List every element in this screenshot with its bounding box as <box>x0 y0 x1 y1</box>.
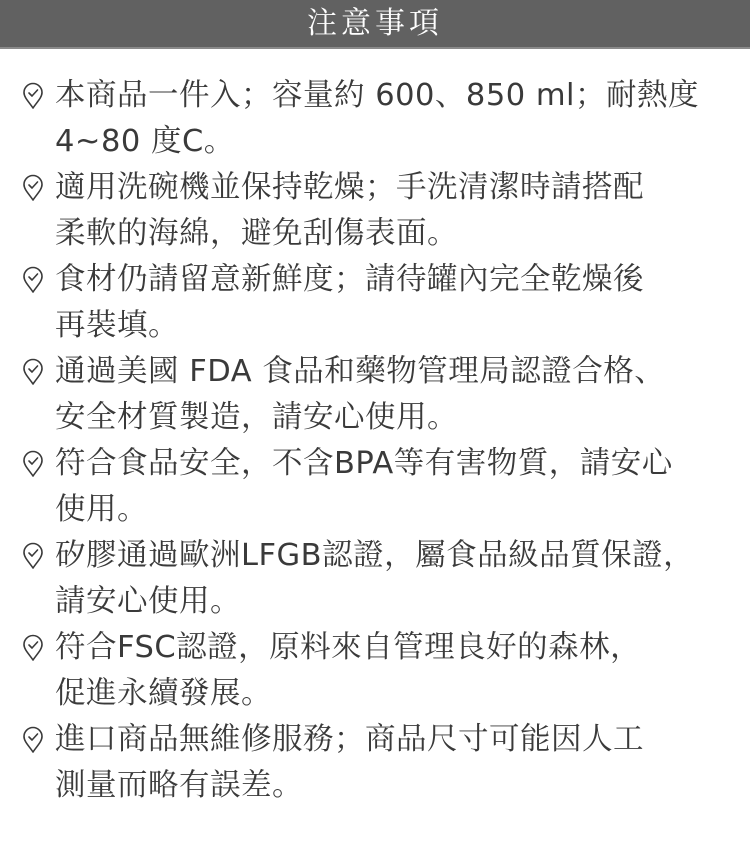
note-text-line: 食材仍請留意新鮮度；請待罐內完全乾燥後 <box>55 257 732 303</box>
note-item-6: 矽膠通過歐洲LFGB認證，屬食品級品質保證， 請安心使用。 <box>0 533 750 625</box>
note-text-line: 符合食品安全，不含BPA等有害物質，請安心 <box>55 441 732 487</box>
map-pin-check-icon <box>22 266 44 294</box>
note-text-line: 4~80 度C。 <box>55 119 732 165</box>
note-text-line: 測量而略有誤差。 <box>55 763 732 809</box>
map-pin-check-icon <box>22 450 44 478</box>
note-text-line: 進口商品無維修服務；商品尺寸可能因人工 <box>55 717 732 763</box>
note-item-1: 本商品一件入；容量約 600、850 ml；耐熱度 4~80 度C。 <box>0 73 750 165</box>
note-text-line: 再裝填。 <box>55 303 732 349</box>
note-text-line: 適用洗碗機並保持乾燥；手洗清潔時請搭配 <box>55 165 732 211</box>
note-item-8: 進口商品無維修服務；商品尺寸可能因人工 測量而略有誤差。 <box>0 717 750 809</box>
note-text-line: 本商品一件入；容量約 600、850 ml；耐熱度 <box>55 73 732 119</box>
map-pin-check-icon <box>22 634 44 662</box>
note-item-3: 食材仍請留意新鮮度；請待罐內完全乾燥後 再裝填。 <box>0 257 750 349</box>
note-text-line: 通過美國 FDA 食品和藥物管理局認證合格、 <box>55 349 732 395</box>
notes-list: 本商品一件入；容量約 600、850 ml；耐熱度 4~80 度C。 適用洗碗機… <box>0 73 750 809</box>
map-pin-check-icon <box>22 82 44 110</box>
note-text-line: 促進永續發展。 <box>55 671 732 717</box>
map-pin-check-icon <box>22 358 44 386</box>
note-text-line: 符合FSC認證，原料來自管理良好的森林， <box>55 625 732 671</box>
header-bar: 注意事項 <box>0 0 750 49</box>
note-item-5: 符合食品安全，不含BPA等有害物質，請安心 使用。 <box>0 441 750 533</box>
map-pin-check-icon <box>22 726 44 754</box>
note-text-line: 矽膠通過歐洲LFGB認證，屬食品級品質保證， <box>55 533 732 579</box>
note-item-7: 符合FSC認證，原料來自管理良好的森林， 促進永續發展。 <box>0 625 750 717</box>
note-item-4: 通過美國 FDA 食品和藥物管理局認證合格、 安全材質製造，請安心使用。 <box>0 349 750 441</box>
note-text-line: 使用。 <box>55 487 732 533</box>
note-text-line: 安全材質製造，請安心使用。 <box>55 395 732 441</box>
map-pin-check-icon <box>22 174 44 202</box>
note-text-line: 請安心使用。 <box>55 579 732 625</box>
note-text-line: 柔軟的海綿，避免刮傷表面。 <box>55 211 732 257</box>
page-title: 注意事項 <box>307 0 443 47</box>
map-pin-check-icon <box>22 542 44 570</box>
note-item-2: 適用洗碗機並保持乾燥；手洗清潔時請搭配 柔軟的海綿，避免刮傷表面。 <box>0 165 750 257</box>
